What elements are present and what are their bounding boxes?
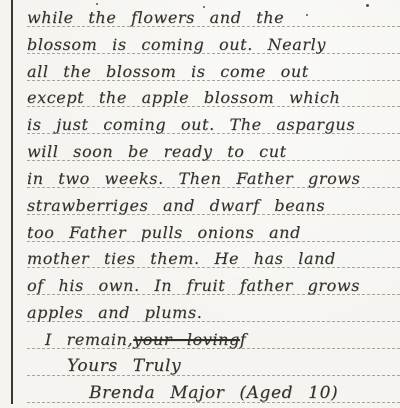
handwriting-text: blossom is coming out. Nearly: [27, 37, 326, 53]
handwritten-line: all the blossom is come out: [27, 54, 400, 81]
handwriting-text: except the apple blossom which: [27, 90, 340, 106]
struck-through-text: your loving: [133, 332, 240, 348]
scan-speck: [366, 4, 369, 7]
signature-line: Yours Truly: [27, 349, 400, 376]
handwriting-text: of his own. In fruit father grows: [27, 278, 360, 294]
handwritten-line: apples and plums.: [27, 295, 400, 322]
handwriting-text: strawberriges and dwarf beans: [27, 198, 325, 214]
handwritten-line: while the flowers and the: [27, 0, 400, 27]
letter-lines: while the flowers and theblossom is comi…: [0, 0, 400, 403]
handwriting-text: Yours Truly: [67, 358, 181, 375]
handwritten-line: I remain, your loving f: [27, 322, 400, 349]
handwriting-text: all the blossom is come out: [27, 64, 309, 80]
handwritten-line: blossom is coming out. Nearly: [27, 27, 400, 54]
handwriting-text: mother ties them. He has land: [27, 251, 336, 267]
handwriting-text: while the flowers and the: [27, 10, 284, 26]
handwritten-line: of his own. In fruit father grows: [27, 268, 400, 295]
handwriting-text: f: [240, 332, 247, 348]
handwritten-line: is just coming out. The aspargus: [27, 107, 400, 134]
handwritten-line: mother ties them. He has land: [27, 242, 400, 269]
handwriting-text: apples and plums.: [27, 305, 202, 321]
scan-speck: [96, 3, 98, 5]
scan-speck: [306, 14, 308, 16]
signature-line: Brenda Major (Aged 10): [27, 376, 400, 403]
handwritten-line: will soon be ready to cut: [27, 134, 400, 161]
handwritten-line: strawberriges and dwarf beans: [27, 188, 400, 215]
scanned-letter-page: while the flowers and theblossom is comi…: [0, 0, 400, 408]
scan-speck: [203, 6, 205, 8]
handwriting-text: in two weeks. Then Father grows: [27, 171, 360, 187]
handwriting-text: too Father pulls onions and: [27, 225, 301, 241]
handwriting-text: is just coming out. The aspargus: [27, 117, 355, 133]
handwriting-text: will soon be ready to cut: [27, 144, 287, 160]
handwriting-text: Brenda Major (Aged 10): [89, 385, 338, 402]
handwritten-line: except the apple blossom which: [27, 81, 400, 108]
handwritten-line: in two weeks. Then Father grows: [27, 161, 400, 188]
handwriting-text: I remain,: [45, 332, 133, 348]
handwritten-line: too Father pulls onions and: [27, 215, 400, 242]
